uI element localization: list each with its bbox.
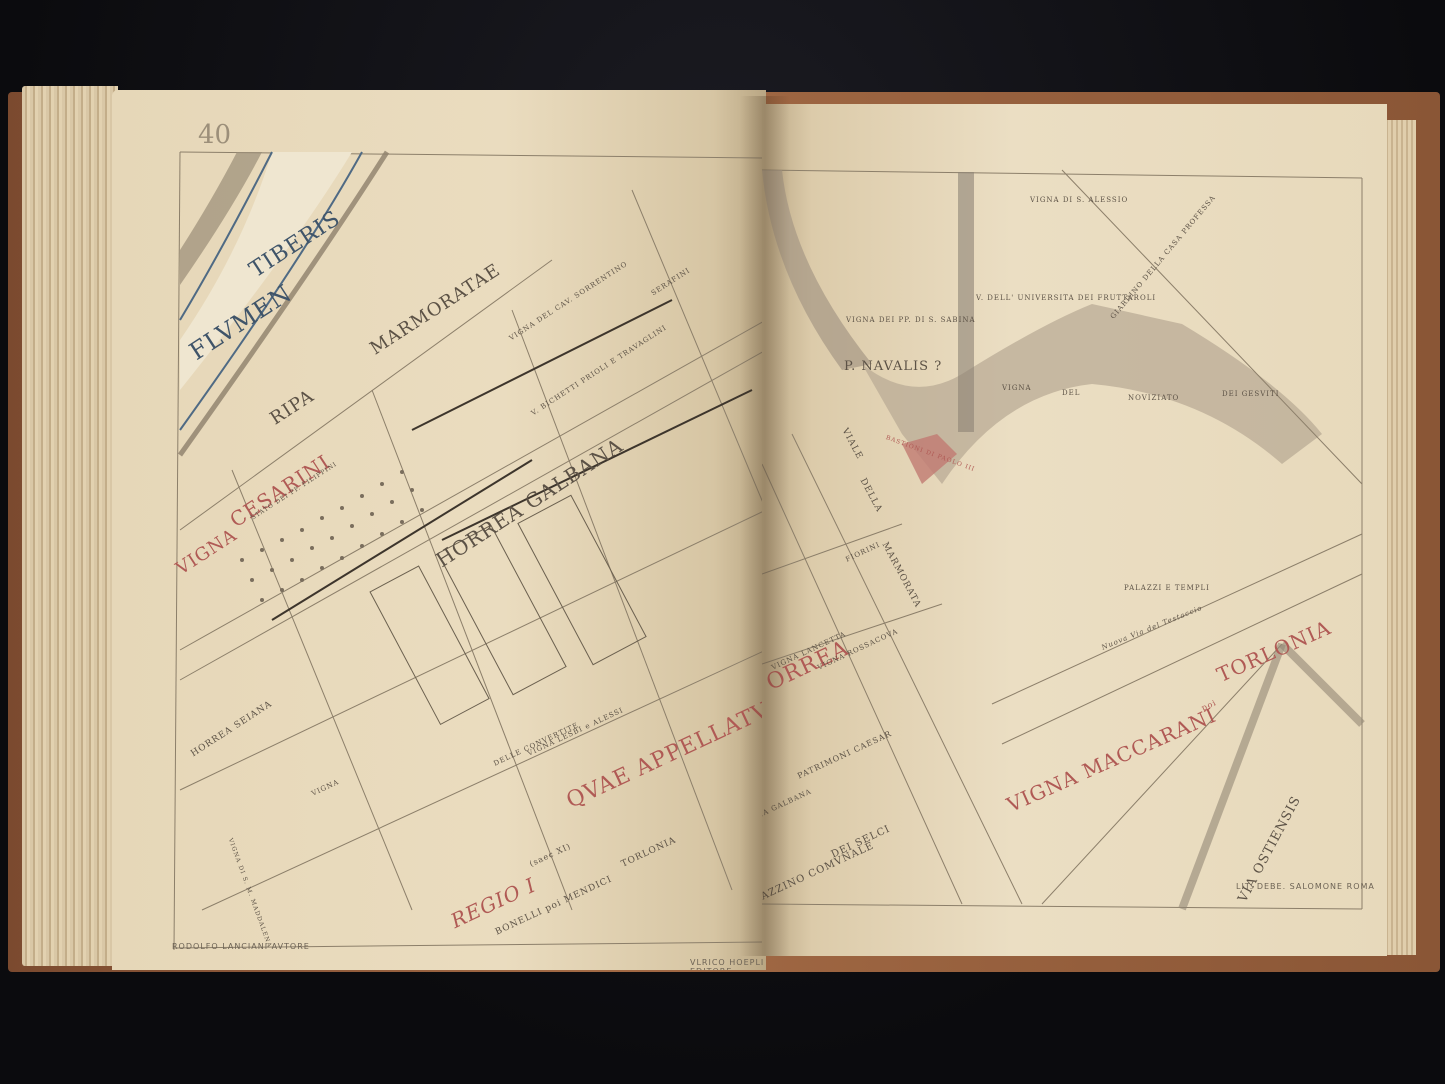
right-page: P. NAVALIS ? VIGNA DI S. ALESSIO V. DELL… xyxy=(762,104,1387,956)
credit-author: RODOLFO LANCIANI AVTORE xyxy=(172,942,310,951)
label-vigna-sabina: VIGNA DEI PP. DI S. SABINA xyxy=(846,316,976,324)
label-vigna-noviziato-1: VIGNA xyxy=(1002,384,1032,392)
label-vigna-noviziato-3: NOVIZIATO xyxy=(1128,394,1179,402)
left-page: 40 FLVMEN TIBERIS RIPA MARMORATAE VIGNA … xyxy=(112,90,766,970)
book-spine-shadow xyxy=(740,96,790,956)
right-map-drawing xyxy=(762,104,1387,956)
page-edges-left xyxy=(22,86,118,966)
label-dei-gesuiti: DEI GESVITI xyxy=(1222,390,1279,398)
label-p-navalis: P. NAVALIS ? xyxy=(844,359,942,374)
label-vigna-s-alessio: VIGNA DI S. ALESSIO xyxy=(1030,196,1128,204)
plate-number: 40 xyxy=(198,120,231,150)
label-vigna-noviziato-2: DEL xyxy=(1062,389,1080,397)
credit-printer: LIT. DEBE. SALOMONE ROMA xyxy=(1236,882,1375,891)
credit-publisher: VLRICO HOEPLI EDITORE - MILANO xyxy=(690,958,766,970)
label-palazzi: PALAZZI E TEMPLI xyxy=(1124,584,1210,592)
